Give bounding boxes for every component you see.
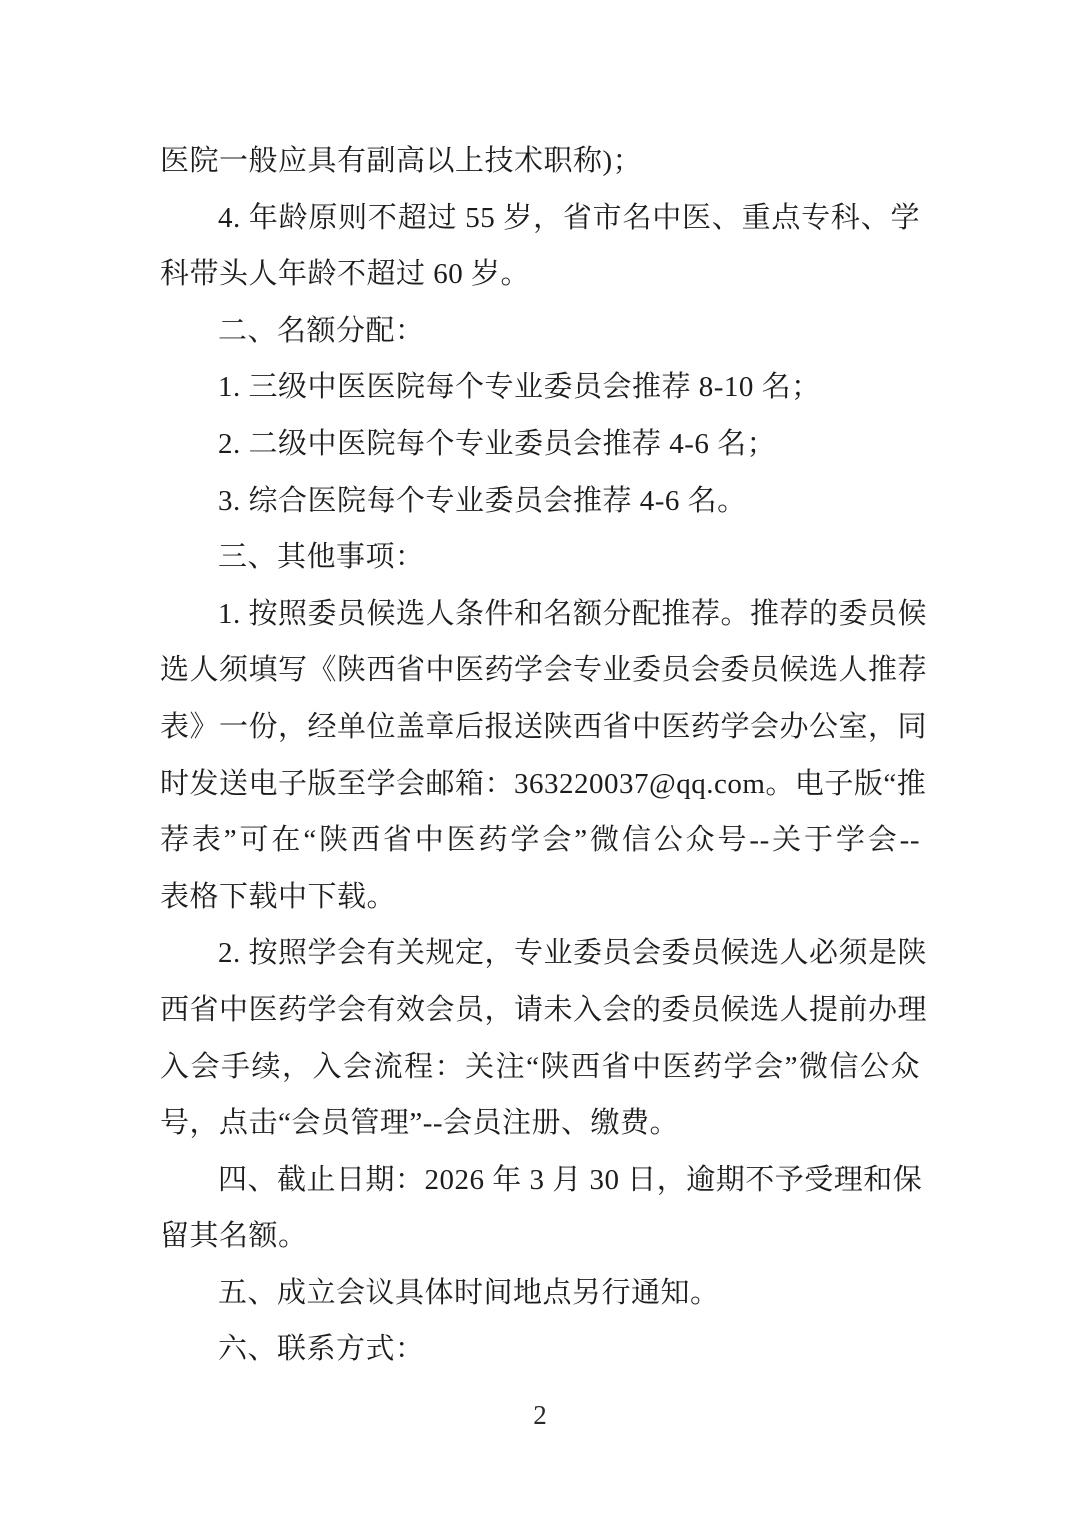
- text-line: 选人须填写《陕西省中医药学会专业委员会委员候选人推荐: [160, 642, 920, 699]
- section-heading: 三、其他事项：: [160, 529, 920, 586]
- text-line: 号，点击“会员管理”--会员注册、缴费。: [160, 1095, 920, 1152]
- text-line: 留其名额。: [160, 1208, 920, 1265]
- text-line: 医院一般应具有副高以上技术职称)；: [160, 133, 920, 190]
- section-heading: 二、名额分配：: [160, 303, 920, 360]
- text-line: 1. 按照委员候选人条件和名额分配推荐。推荐的委员候: [160, 586, 920, 643]
- text-line: 3. 综合医院每个专业委员会推荐 4-6 名。: [160, 473, 920, 530]
- text-line: 科带头人年龄不超过 60 岁。: [160, 246, 920, 303]
- document-body: 医院一般应具有副高以上技术职称)； 4. 年龄原则不超过 55 岁，省市名中医、…: [160, 133, 920, 1378]
- text-line: 荐表”可在“陕西省中医药学会”微信公众号--关于学会--: [160, 812, 920, 869]
- text-line: 2. 按照学会有关规定，专业委员会委员候选人必须是陕: [160, 925, 920, 982]
- document-page: 医院一般应具有副高以上技术职称)； 4. 年龄原则不超过 55 岁，省市名中医、…: [0, 0, 1080, 1528]
- text-line: 4. 年龄原则不超过 55 岁，省市名中医、重点专科、学: [160, 190, 920, 247]
- text-line: 时发送电子版至学会邮箱：363220037@qq.com。电子版“推: [160, 756, 920, 813]
- text-line: 表格下载中下载。: [160, 869, 920, 926]
- text-line: 入会手续，入会流程：关注“陕西省中医药学会”微信公众: [160, 1039, 920, 1096]
- page-number: 2: [0, 1400, 1080, 1431]
- text-line: 2. 二级中医院每个专业委员会推荐 4-6 名；: [160, 416, 920, 473]
- text-line: 1. 三级中医医院每个专业委员会推荐 8-10 名；: [160, 359, 920, 416]
- text-line: 西省中医药学会有效会员，请未入会的委员候选人提前办理: [160, 982, 920, 1039]
- section-heading: 五、成立会议具体时间地点另行通知。: [160, 1265, 920, 1322]
- section-heading: 六、联系方式：: [160, 1321, 920, 1378]
- section-heading: 四、截止日期：2026 年 3 月 30 日，逾期不予受理和保: [160, 1152, 920, 1209]
- text-line: 表》一份，经单位盖章后报送陕西省中医药学会办公室，同: [160, 699, 920, 756]
